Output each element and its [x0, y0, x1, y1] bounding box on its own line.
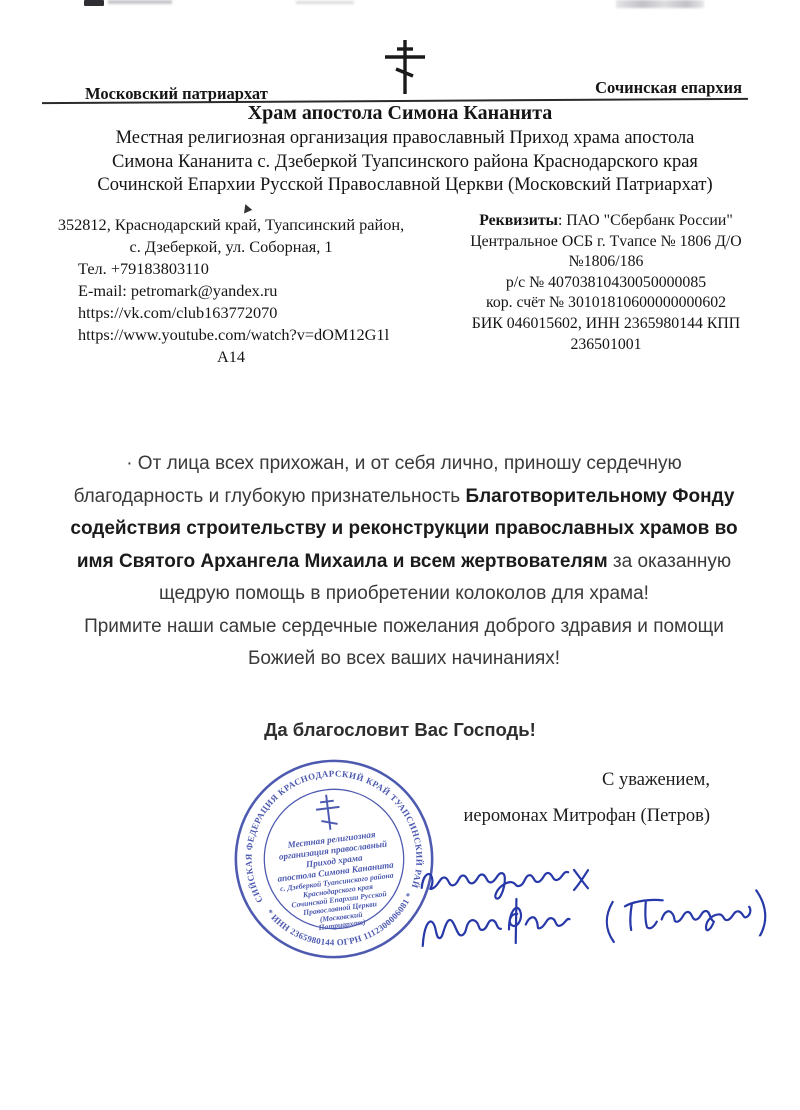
- subtitle-line: Симона Кананита с. Дзеберкой Туапсинског…: [66, 151, 744, 175]
- requisites-corr-account-line: кор. счёт № 30101810600000000602: [438, 293, 774, 314]
- body-line: щедрую помощь в приобретении колоколов д…: [52, 578, 756, 611]
- requisites-bank-line: Реквизиты: ПАО "Сбербанк России": [438, 211, 774, 232]
- fund-name-bold: имя Святого Архангела Михаила и всем жер…: [77, 551, 608, 572]
- church-legal-name: Местная религиозная организация правосла…: [66, 127, 744, 198]
- requisites-kpp-line: 236501001: [438, 335, 774, 356]
- body-line: имя Святого Архангела Михаила и всем жер…: [52, 546, 756, 579]
- scan-artifact: [296, 1, 354, 4]
- scan-artifact: [616, 0, 704, 8]
- requisites-bik-inn-line: БИК 046015602, ИНН 2365980144 КПП: [438, 314, 774, 335]
- signature-handwriting: [409, 824, 774, 955]
- requisites-label: Реквизиты: [479, 212, 558, 229]
- stamp-cross-icon: [314, 793, 342, 831]
- header-eparchy-label: Сочинская епархия: [595, 78, 742, 98]
- signoff-block: С уважением, иеромонах Митрофан (Петров): [463, 762, 710, 834]
- scanned-letter-page: Московский патриархат Сочинская епархия …: [0, 0, 800, 1110]
- body-line: Божией во всех ваших начинаниях!: [52, 643, 756, 676]
- body-line: Примите наши самые сердечные пожелания д…: [52, 611, 756, 644]
- address-line: с. Дзеберкой, ул. Соборная, 1: [30, 236, 432, 258]
- body-line: · От лица всех прихожан, и от себя лично…: [52, 448, 756, 481]
- contact-block: 352812, Краснодарский край, Туапсинский …: [30, 214, 432, 368]
- body-text: благодарность и глубокую признательность: [74, 486, 466, 507]
- blessing-text: Да благословит Вас Господь!: [0, 719, 800, 741]
- subtitle-line: Местная религиозная организация правосла…: [66, 127, 744, 151]
- subtitle-line: Сочинской Епархии Русской Православной Ц…: [66, 174, 744, 198]
- body-line: благодарность и глубокую признательность…: [52, 481, 756, 514]
- youtube-link-text: https://www.youtube.com/watch?v=dOM12G1l: [30, 324, 432, 346]
- body-text: за оказанную: [608, 551, 732, 572]
- scan-artifact: [241, 203, 252, 214]
- scan-artifact: [108, 0, 172, 4]
- orthodox-cross-icon: [383, 36, 427, 96]
- requisites-branch-number: №1806/186: [438, 252, 774, 273]
- scan-artifact: [84, 0, 104, 6]
- youtube-link-overflow: А14: [30, 346, 432, 368]
- fund-name-bold: Благотворительному Фонду: [465, 486, 734, 507]
- letter-body: · От лица всех прихожан, и от себя лично…: [52, 448, 756, 676]
- church-title: Храм апостола Симона Кананита: [0, 102, 800, 125]
- requisites-branch-line: Центральное ОСБ г. Тvапсе № 1806 Д/О: [438, 232, 774, 253]
- address-line: 352812, Краснодарский край, Туапсинский …: [30, 214, 432, 236]
- requisites-account-line: р/с № 40703810430050000085: [438, 273, 774, 294]
- regards-text: С уважением,: [463, 762, 710, 798]
- fund-name-bold: содействия строительству и реконструкции…: [52, 513, 756, 546]
- requisites-bank-name: : ПАО "Сбербанк России": [558, 212, 733, 229]
- phone-line: Тел. +79183803110: [30, 258, 432, 280]
- requisites-block: Реквизиты: ПАО "Сбербанк России" Централ…: [438, 211, 774, 355]
- vk-link-text: https://vk.com/club163772070: [30, 302, 432, 324]
- email-line: E-mail: petromark@yandex.ru: [30, 280, 432, 302]
